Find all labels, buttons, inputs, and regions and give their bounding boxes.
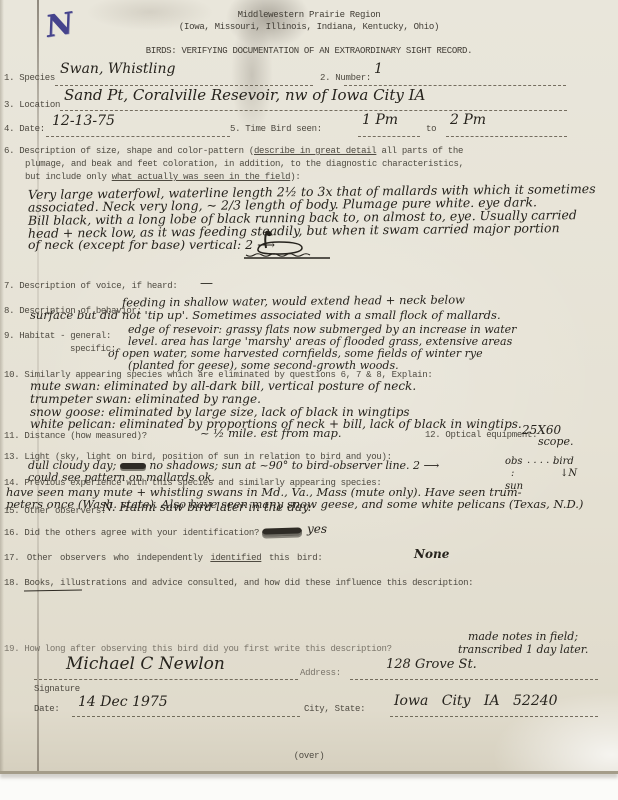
q13-diagram-dots: . . . . .: [527, 455, 556, 466]
q19-answer-line1: made notes in field;: [468, 631, 578, 643]
q15-label: 15. Other observers:: [4, 506, 106, 517]
signature-value: Michael C Newlon: [66, 655, 225, 674]
city-state-underline: [390, 716, 598, 717]
q6-label-3b-underlined: what actually was seen in the field: [112, 172, 291, 182]
address-value: 128 Grove St.: [386, 658, 477, 672]
q11-value: ~ ½ mile. est from map.: [200, 427, 341, 440]
q16-scribble: [262, 527, 302, 536]
q12-label: 12. Optical equipment:: [425, 430, 537, 441]
paper-left-edge: [0, 0, 4, 771]
q3-label: 3. Location: [4, 100, 60, 111]
q8-answer-line2: surface but did not 'tip up'. Sometimes …: [30, 309, 501, 322]
address-label: Address:: [300, 668, 341, 679]
q2-value: 1: [374, 62, 383, 77]
q1-label: 1. Species: [4, 73, 55, 84]
q7-label: 7. Description of voice, if heard:: [4, 281, 177, 292]
q6-label-3a: but include only: [25, 172, 112, 182]
q13-diagram-north: ↓N: [560, 468, 577, 479]
date-underline: [72, 716, 300, 717]
address-underline: [350, 679, 598, 680]
q6-label-line3: but include only what actually was seen …: [25, 172, 300, 183]
region-title: Middlewestern Prairie Region: [0, 10, 618, 21]
q5-to-underline: [446, 136, 567, 137]
q3-value: Sand Pt, Coralville Resevoir, nw of Iowa…: [64, 87, 425, 104]
q6-label-line2: plumage, and beak and feet coloration, i…: [25, 159, 464, 170]
q1-value: Swan, Whistling: [60, 62, 175, 77]
q11-label: 11. Distance (how measured)?: [4, 431, 147, 442]
over-label: (over): [0, 751, 618, 762]
q4-underline: [46, 136, 230, 137]
signature-underline: [34, 679, 298, 680]
q13-diagram-bird: bird: [553, 456, 574, 467]
form-title: BIRDS: VERIFYING DOCUMENTATION OF AN EXT…: [0, 46, 618, 57]
q5-to-value: 2 Pm: [450, 113, 486, 128]
q12-value2: scope.: [538, 436, 573, 448]
q17-label-a: 17. Other observers who independently: [4, 553, 210, 563]
q16-label: 16. Did the others agree with your ident…: [4, 528, 259, 539]
q15-value: N. Halmi saw bird later in the day.: [102, 501, 311, 514]
q8-answer-line1: feeding in shallow water, would extend h…: [122, 294, 465, 310]
q5-from-value: 1 Pm: [362, 113, 398, 128]
q16-value: yes: [307, 523, 327, 536]
screenshot-stage: N Middlewestern Prairie Region (Iowa, Mi…: [0, 0, 618, 800]
q13-diagram-colon: :: [511, 468, 514, 479]
city-state-label: City, State:: [304, 704, 365, 715]
date-value: 14 Dec 1975: [78, 695, 168, 710]
q17-value: None: [414, 548, 449, 561]
q4-label: 4. Date:: [4, 124, 45, 135]
signature-label: Signature: [34, 684, 80, 695]
region-states: (Iowa, Missouri, Illinois, Indiana, Kent…: [0, 22, 618, 33]
city-state-value: Iowa City IA 52240: [394, 694, 558, 709]
q6-label-1c: all parts of the: [376, 146, 463, 156]
q5-to-word: to: [426, 124, 436, 135]
q18-pen-underline: [24, 589, 82, 591]
q2-label: 2. Number:: [320, 73, 371, 84]
date-label: Date:: [34, 704, 60, 715]
q4-value: 12-13-75: [52, 114, 115, 129]
scanned-form-page: N Middlewestern Prairie Region (Iowa, Mi…: [0, 0, 618, 774]
q3-underline: [60, 110, 567, 111]
q6-answer-line5: of neck (except for base) vertical: 2 ⟶: [28, 238, 275, 252]
q18-label: 18. Books, illustrations and advice cons…: [4, 578, 473, 589]
q6-label-1a: 6. Description of size, shape and color-…: [4, 146, 254, 156]
q6-label-line1: 6. Description of size, shape and color-…: [4, 146, 463, 157]
q17-label: 17. Other observers who independently id…: [4, 553, 322, 564]
q5-from-underline: [358, 136, 420, 137]
q17-label-c: this bird:: [261, 553, 322, 563]
swan-sketch: [244, 229, 332, 259]
q13-diagram-obs: obs: [505, 456, 523, 467]
q13-scribble: [120, 463, 146, 469]
q9-label: 9. Habitat - general:: [4, 331, 111, 342]
q19-answer-line2: transcribed 1 day later.: [458, 644, 588, 656]
q6-label-3c: ):: [290, 172, 300, 182]
q5-label: 5. Time Bird seen:: [230, 124, 322, 135]
q6-label-1b-underlined: describe in great detail: [254, 146, 376, 156]
q7-value: —: [200, 277, 213, 291]
q17-label-b-underlined: identified: [210, 553, 261, 563]
